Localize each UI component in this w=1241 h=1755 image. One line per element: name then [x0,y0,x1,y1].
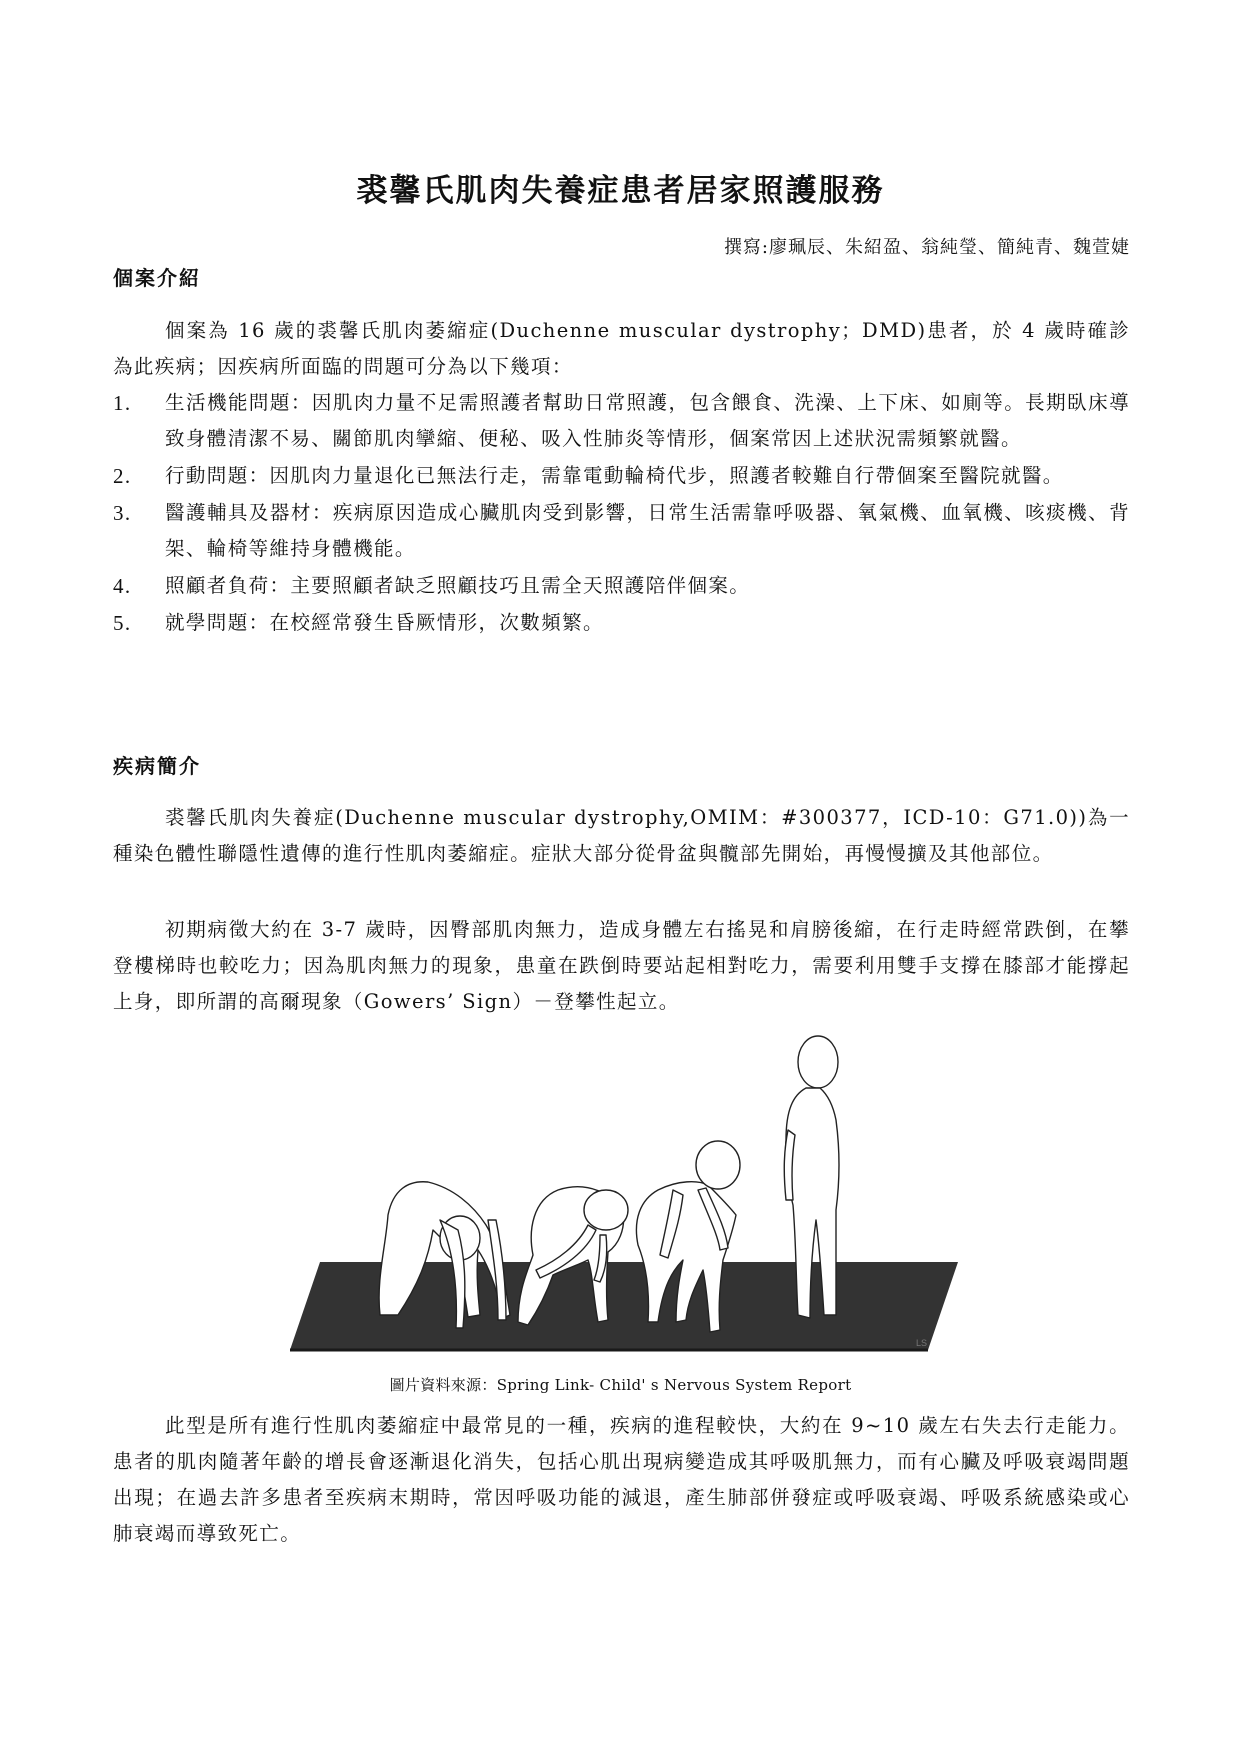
author-line: 撰寫:廖珮辰、朱紹盈、翁純瑩、簡純青、魏萱婕 [724,233,1130,259]
list-number: 1. [113,385,165,457]
list-item: 1. 生活機能問題：因肌肉力量不足需照護者幫助日常照護，包含餵食、洗澡、上下床、… [113,385,1130,457]
case-problem-list: 1. 生活機能問題：因肌肉力量不足需照護者幫助日常照護，包含餵食、洗澡、上下床、… [113,385,1130,642]
figure-caption: 圖片資料來源：Spring Link- Child' s Nervous Sys… [0,1374,1241,1395]
list-number: 2. [113,458,165,494]
list-item: 3. 醫護輔具及器材：疾病原因造成心臟肌肉受到影響，日常生活需靠呼吸器、氧氣機、… [113,495,1130,567]
list-text: 生活機能問題：因肌肉力量不足需照護者幫助日常照護，包含餵食、洗澡、上下床、如廁等… [165,385,1130,457]
case-intro-paragraph: 個案為 16 歲的裘馨氏肌肉萎縮症(Duchenne muscular dyst… [113,313,1130,385]
gowers-sign-figure-icon: LS [288,1030,958,1360]
list-number: 3. [113,495,165,567]
page-title: 裘馨氏肌肉失養症患者居家照護服務 [0,165,1241,210]
list-item: 5. 就學問題：在校經常發生昏厥情形，次數頻繁。 [113,605,1130,641]
illustrator-signature: LS [916,1338,927,1348]
list-item: 4. 照顧者負荷：主要照顧者缺乏照顧技巧且需全天照護陪伴個案。 [113,568,1130,604]
section-heading-disease-intro: 疾病簡介 [113,750,201,779]
list-text: 醫護輔具及器材：疾病原因造成心臟肌肉受到影響，日常生活需靠呼吸器、氧氣機、血氧機… [165,495,1130,567]
early-symptoms-paragraph: 初期病徵大約在 3-7 歲時，因臀部肌肉無力，造成身體左右搖晃和肩膀後縮，在行走… [113,912,1130,1020]
list-item: 2. 行動問題：因肌肉力量退化已無法行走，需靠電動輪椅代步，照護者較難自行帶個案… [113,458,1130,494]
list-text: 行動問題：因肌肉力量退化已無法行走，需靠電動輪椅代步，照護者較難自行帶個案至醫院… [165,458,1130,494]
list-text: 就學問題：在校經常發生昏厥情形，次數頻繁。 [165,605,1130,641]
gowers-sign-illustration: LS [288,1030,958,1360]
list-text: 照顧者負荷：主要照顧者缺乏照顧技巧且需全天照護陪伴個案。 [165,568,1130,604]
section-heading-case-intro: 個案介紹 [113,262,201,291]
disease-definition-paragraph: 裘馨氏肌肉失養症(Duchenne muscular dystrophy,OMI… [113,800,1130,872]
list-number: 4. [113,568,165,604]
list-number: 5. [113,605,165,641]
progression-paragraph: 此型是所有進行性肌肉萎縮症中最常見的一種，疾病的進程較快，大約在 9~10 歲左… [113,1408,1130,1552]
